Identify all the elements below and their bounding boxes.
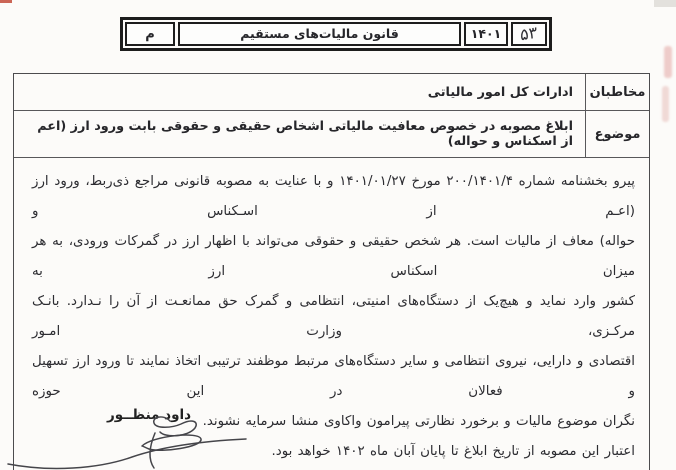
law-title-box: قانون مالیات‌های مستقیم bbox=[178, 22, 461, 46]
body-line: پیرو بخشنامه شماره ۲۰۰/۱۴۰۱/۴ مورخ ۱۴۰۱/… bbox=[32, 167, 635, 227]
handwritten-page-number: ۵۳ bbox=[520, 24, 538, 43]
body-line: اقتصادی و دارایی، نیروی انتظامی و سایر د… bbox=[32, 347, 635, 407]
handwritten-page-number-box: ۵۳ bbox=[511, 22, 547, 46]
scan-artifact-pink-smudge bbox=[662, 86, 669, 122]
subject-value: ابلاغ مصوبه در خصوص معافیت مالیاتی اشخاص… bbox=[14, 111, 585, 157]
year-box: ۱۴۰۱ bbox=[464, 22, 508, 46]
recipients-row: مخاطبان ادارات کل امور مالیاتی bbox=[14, 74, 649, 111]
recipients-label: مخاطبان bbox=[585, 74, 649, 110]
recipients-value: ادارات کل امور مالیاتی bbox=[14, 74, 585, 110]
scan-artifact-page-edge bbox=[654, 0, 676, 7]
letter-class-box: م bbox=[125, 22, 175, 46]
subject-label: موضوع bbox=[585, 111, 649, 157]
signature-scribble bbox=[2, 412, 252, 470]
body-line: حواله) معاف از مالیات است. هر شخص حقیقی … bbox=[32, 227, 635, 287]
scanned-tax-circular-document: ۵۳ ۱۴۰۱ قانون مالیات‌های مستقیم م مخاطبا… bbox=[0, 0, 676, 470]
scan-artifact-pink-smudge bbox=[664, 46, 672, 78]
signature-icon bbox=[2, 412, 252, 470]
scan-artifact-red-dash bbox=[0, 0, 12, 3]
header-classification-bar: ۵۳ ۱۴۰۱ قانون مالیات‌های مستقیم م bbox=[120, 17, 552, 51]
subject-row: موضوع ابلاغ مصوبه در خصوص معافیت مالیاتی… bbox=[14, 111, 649, 158]
body-line: کشور وارد نماید و هیچ‌یک از دستگاه‌های ا… bbox=[32, 287, 635, 347]
